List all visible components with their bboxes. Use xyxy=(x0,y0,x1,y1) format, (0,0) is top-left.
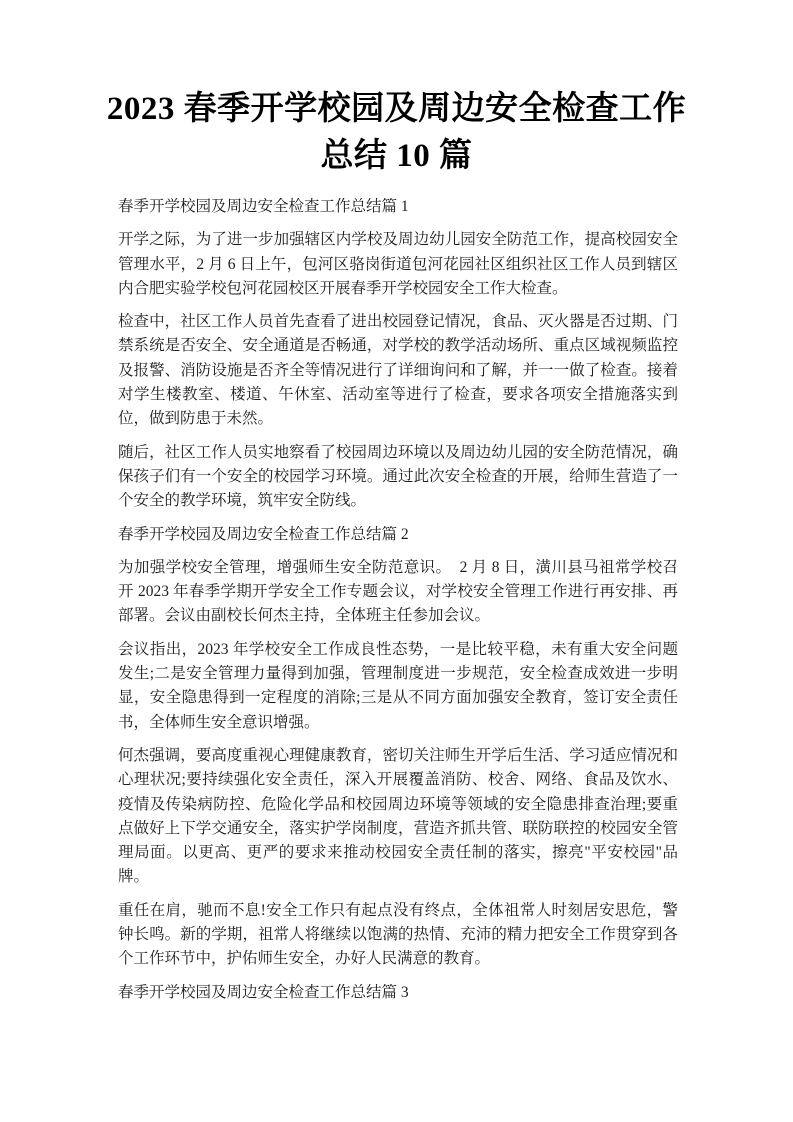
document-body: 春季开学校园及周边安全检查工作总结篇 1 开学之际，为了进一步加强辖区内学校及周… xyxy=(0,180,793,1005)
document-title-line1: 2023 春季开学校园及周边安全检查工作 xyxy=(56,86,737,133)
paragraph: 开学之际，为了进一步加强辖区内学校及周边幼儿园安全防范工作，提高校园安全管理水平… xyxy=(118,228,678,301)
paragraph: 随后，社区工作人员实地察看了校园周边环境以及周边幼儿园的安全防范情况，确保孩子们… xyxy=(118,441,678,514)
paragraph: 会议指出，2023 年学校安全工作成良性态势，一是比较平稳，未有重大安全问题发生… xyxy=(118,638,678,735)
document-page: 2023 春季开学校园及周边安全检查工作 总结 10 篇 春季开学校园及周边安全… xyxy=(0,0,793,1122)
paragraph: 何杰强调，要高度重视心理健康教育，密切关注师生开学后生活、学习适应情况和心理状况… xyxy=(118,744,678,890)
paragraph: 重任在肩，驰而不息!安全工作只有起点没有终点，全体祖常人时刻居安思危，警钟长鸣。… xyxy=(118,899,678,972)
paragraph: 为加强学校安全管理，增强师生安全防范意识。 2 月 8 日，潢川县马祖常学校召开… xyxy=(118,556,678,629)
document-title-line2: 总结 10 篇 xyxy=(56,133,737,180)
paragraph: 检查中，社区工作人员首先查看了进出校园登记情况，食品、灭火器是否过期、门禁系统是… xyxy=(118,310,678,431)
section-heading-1: 春季开学校园及周边安全检查工作总结篇 1 xyxy=(118,195,678,219)
section-heading-3: 春季开学校园及周边安全检查工作总结篇 3 xyxy=(118,981,678,1005)
section-heading-2: 春季开学校园及周边安全检查工作总结篇 2 xyxy=(118,523,678,547)
document-title: 2023 春季开学校园及周边安全检查工作 总结 10 篇 xyxy=(0,0,793,180)
